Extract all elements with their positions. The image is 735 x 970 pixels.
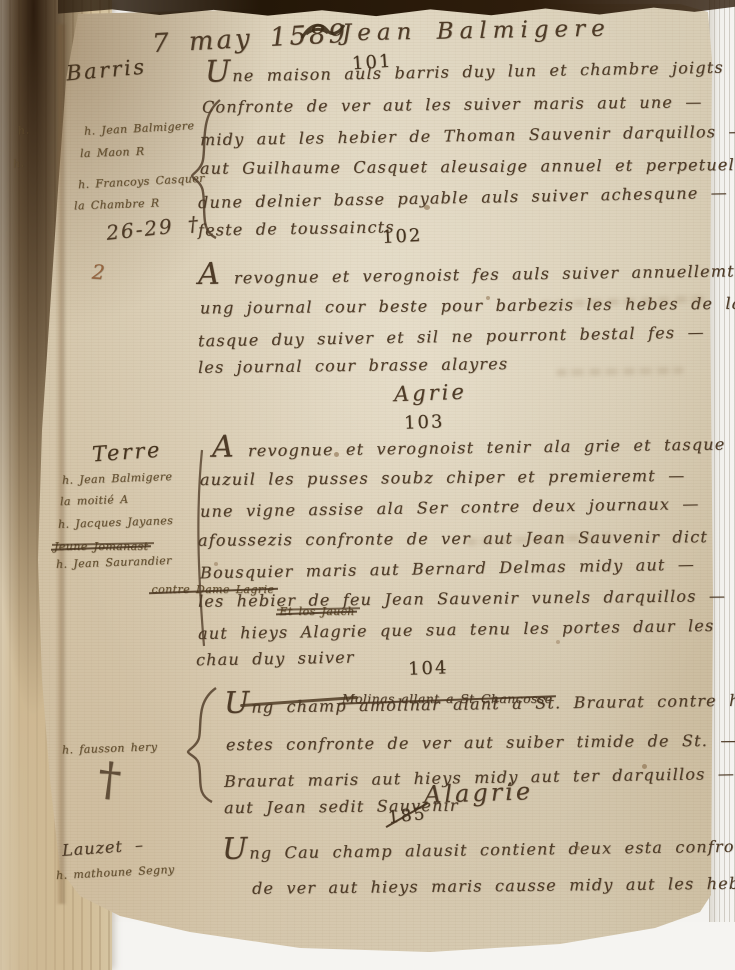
text-line: feste de toussaincts	[198, 217, 395, 239]
text-line: Bousquier maris aut Bernard Delmas midy …	[200, 555, 695, 583]
entry-number-struck: 185	[387, 804, 427, 828]
text-line: de ver aut hieys maris causse midy aut l…	[252, 873, 735, 898]
section-label-agrie: Agrie	[394, 380, 468, 407]
entry-number-104: 104	[408, 657, 449, 679]
text-line: Confronte de ver aut les suiver maris au…	[202, 92, 703, 116]
stain-speck	[486, 296, 490, 300]
stain-speck	[576, 846, 580, 850]
text-line: les hebier de feu Jean Sauvenir vunels d…	[198, 586, 726, 611]
margin-heading-barris: Barris	[65, 55, 147, 86]
text-line: A revognue et verognoist fes auls suiver…	[198, 261, 735, 288]
text-line: Ung Cau champ alausit contient deux esta…	[222, 836, 735, 863]
text-line: A revognue et verognoist tenir ala grie …	[212, 434, 735, 461]
text-line: dune delnier basse payable auls suiver a…	[198, 183, 728, 212]
cross-paraph-icon: †	[95, 751, 125, 807]
text-line: Une maison auls barris duy lun et chambr…	[205, 57, 735, 86]
text-line: aut Guilhaume Casquet aleusaige annuel e…	[200, 155, 735, 178]
margin-entry: h. Jean Balmigere	[62, 470, 173, 487]
margin-entry-struck: Jeune Jomanast	[54, 540, 148, 553]
text-line: chau duy suiver	[196, 648, 355, 670]
margin-entry: la Chambre R	[74, 197, 160, 213]
text-line: une vigne assise ala Ser contre deux jou…	[200, 494, 700, 521]
edge-mark: h.	[12, 156, 25, 170]
text-line: Ung champ amolinar alant a St. Braurat c…	[224, 690, 735, 717]
bleedthrough-ghost	[556, 367, 684, 376]
text-line: aut hieys Alagrie que sua tenu les porte…	[198, 616, 715, 643]
margin-item-mark: 2	[91, 260, 107, 285]
stain-speck	[334, 452, 339, 457]
stain-speck	[214, 562, 218, 566]
entry-number-102: 102	[381, 225, 422, 248]
text-line: midy aut les hebier de Thoman Sauvenir d…	[200, 122, 735, 150]
margin-entry: la Maon R	[80, 145, 145, 160]
text-line: estes confronte de ver aut suiber timide…	[226, 731, 735, 754]
margin-heading-terre: Terre	[91, 438, 162, 467]
margin-entry: la moitié A	[60, 493, 129, 508]
margin-entry: h. Jean Saurandier	[56, 554, 172, 571]
paraph-mark-icon	[300, 20, 346, 44]
manuscript-scan: 7 may 1589 Jean Balmigere 101 Barris h. …	[0, 0, 735, 970]
text-line: afoussezis confronte de ver aut Jean Sau…	[198, 527, 708, 550]
entry-number-103: 103	[404, 411, 445, 433]
handwritten-content: 7 may 1589 Jean Balmigere 101 Barris h. …	[0, 0, 735, 970]
stain-speck	[642, 764, 647, 769]
margin-entry: h. mathoune Segny	[56, 863, 175, 882]
margin-total: 26-29 †	[105, 211, 201, 245]
margin-entry: h. Jean Balmigere	[84, 119, 195, 138]
margin-entry: h. Francoys Casquer	[78, 172, 205, 192]
stain-speck	[556, 640, 560, 644]
page-title: Jean Balmigere	[342, 16, 611, 47]
edge-mark: h.	[17, 123, 30, 137]
stain-speck	[424, 205, 430, 210]
place-label-alagrie: Alagrie	[424, 777, 534, 809]
margin-heading-lauzet: Lauzet –	[61, 835, 144, 860]
text-line: tasque duy suiver et sil ne pourront bes…	[198, 323, 705, 351]
margin-entry: h. Jacques Jayanes	[58, 514, 174, 531]
text-line: les journal cour brasse alayres	[198, 354, 508, 377]
text-line: auzuil les pusses soubz chiper et premie…	[200, 466, 686, 489]
brace-flourish	[186, 686, 220, 804]
